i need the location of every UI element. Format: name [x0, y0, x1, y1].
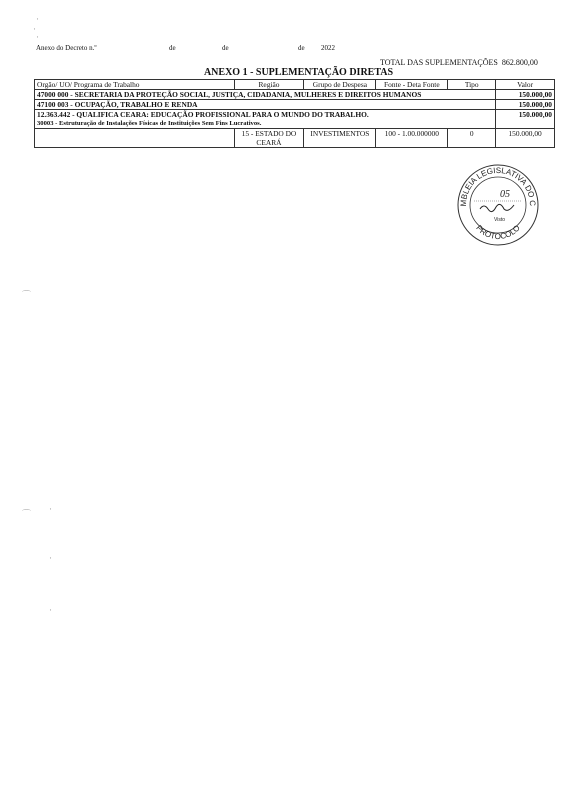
page-title: ANEXO 1 - SUPLEMENTAÇÃO DIRETAS: [0, 67, 567, 78]
detail-row: 15 - ESTADO DO CEARÁ INVESTIMENTOS 100 -…: [35, 129, 555, 148]
col-header-region: Região: [234, 80, 304, 90]
year: 2022: [321, 44, 335, 52]
scan-mark: ⌒: [22, 507, 31, 520]
protocol-stamp: ASSEMBLEIA LEGISLATIVA DO CEARÁ PROTOCOL…: [456, 163, 540, 247]
stamp-field-label: Visto: [494, 217, 505, 223]
svg-text:PROTOCOLO: PROTOCOLO: [474, 223, 521, 241]
row-value: 150.000,00: [496, 90, 555, 100]
table-header-row: Orgão/ UO/ Programa de Trabalho Região G…: [35, 80, 555, 90]
detail-type: 0: [448, 129, 496, 148]
detail-region: 15 - ESTADO DO CEARÁ: [234, 129, 304, 148]
col-header-program: Orgão/ UO/ Programa de Trabalho: [35, 80, 235, 90]
stamp-number: 05: [500, 189, 510, 200]
detail-source: 100 - 1.00.000000: [376, 129, 448, 148]
scan-mark: ·: [36, 14, 39, 24]
date-de-3: de: [298, 44, 305, 52]
signature: [480, 204, 514, 211]
stamp-bottom-text: PROTOCOLO: [474, 223, 521, 241]
table-row: 47100 003 - OCUPAÇÃO, TRABALHO E RENDA 1…: [35, 100, 555, 110]
detail-value: 150.000,00: [496, 129, 555, 148]
col-header-expense-group: Grupo de Despesa: [304, 80, 376, 90]
row-text: 000 - SECRETARIA DA PROTEÇÃO SOCIAL, JUS…: [57, 90, 421, 99]
row-code: 47000: [37, 90, 55, 99]
date-de-1: de: [169, 44, 176, 52]
total-value: 862.800,00: [502, 58, 538, 67]
scan-mark: ·: [49, 605, 52, 615]
stamp-top-text: ASSEMBLEIA LEGISLATIVA DO CEARÁ: [456, 163, 537, 207]
scan-mark: ·: [36, 32, 39, 42]
row-code: 47100: [37, 100, 55, 109]
row-text: .442 - QUALIFICA CEARA: EDUCAÇÃO PROFISS…: [57, 110, 368, 119]
scan-mark: ·: [49, 504, 52, 514]
col-header-type: Tipo: [448, 80, 496, 90]
row-text: 003 - OCUPAÇÃO, TRABALHO E RENDA: [57, 100, 197, 109]
row-value: 150.000,00: [496, 100, 555, 110]
col-header-value: Valor: [496, 80, 555, 90]
total-supplements: TOTAL DAS SUPLEMENTAÇÕES 862.800,00: [380, 58, 538, 67]
row-code: 12.363: [37, 110, 57, 119]
supplements-table: Orgão/ UO/ Programa de Trabalho Região G…: [34, 79, 555, 148]
row-value: 150.000,00: [496, 110, 555, 129]
detail-expense-group: INVESTIMENTOS: [304, 129, 376, 148]
col-header-source: Fonte - Deta Fonte: [376, 80, 448, 90]
table-row: 12.363.442 - QUALIFICA CEARA: EDUCAÇÃO P…: [35, 110, 555, 129]
action-text: - Estruturação de Instalações Físicas de…: [53, 120, 261, 127]
scan-mark: ·: [49, 553, 52, 563]
action-code: 30003: [37, 120, 53, 127]
annex-decree-label: Anexo do Decreto n.º: [36, 44, 96, 52]
total-label: TOTAL DAS SUPLEMENTAÇÕES: [380, 58, 498, 67]
scan-mark: ⌒: [22, 288, 31, 301]
svg-text:ASSEMBLEIA LEGISLATIVA DO CEAR: ASSEMBLEIA LEGISLATIVA DO CEARÁ: [456, 163, 537, 207]
table-row: 47000 000 - SECRETARIA DA PROTEÇÃO SOCIA…: [35, 90, 555, 100]
date-de-2: de: [222, 44, 229, 52]
